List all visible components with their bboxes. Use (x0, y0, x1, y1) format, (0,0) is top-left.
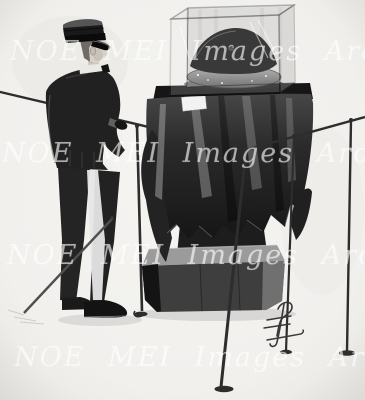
vignette-overlay (0, 0, 365, 400)
engraving-illustration (0, 0, 365, 400)
engraving-scan: NOE MEI Images Archives NOE MEI Images A… (0, 0, 365, 400)
